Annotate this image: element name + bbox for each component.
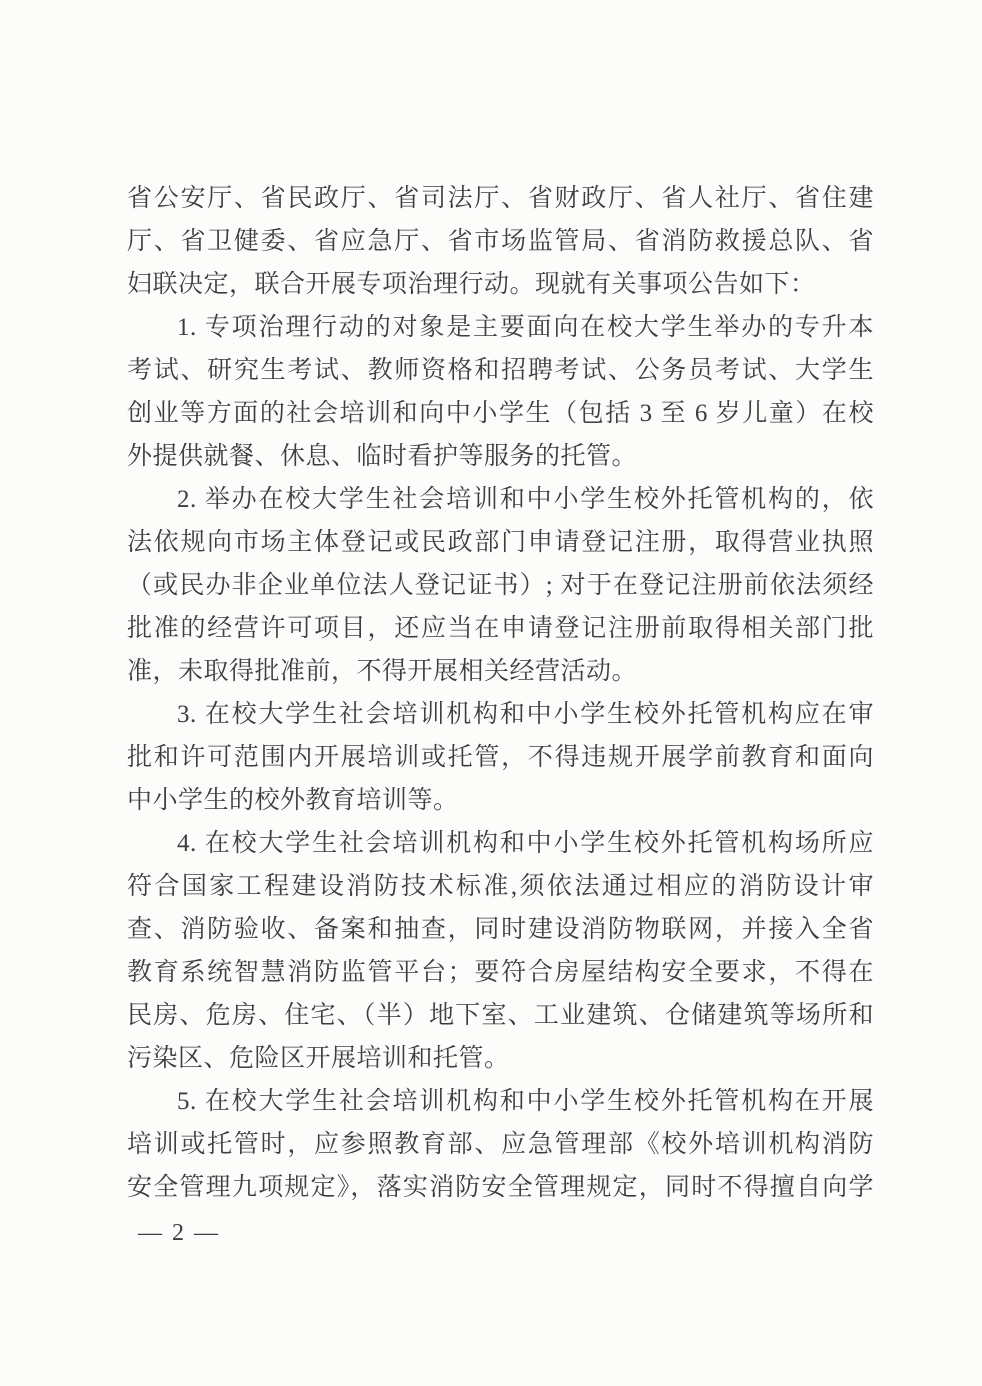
text-line: 民房、危房、住宅、（半）地下室、工业建筑、仓储建筑等场所和 [127,994,874,1037]
text-line: 1. 专项治理行动的对象是主要面向在校大学生举办的专升本 [127,306,874,349]
text-line: 安全管理九项规定》，落实消防安全管理规定，同时不得擅自向学 [127,1166,874,1209]
scanned-document-page: 省公安厅、省民政厅、省司法厅、省财政厅、省人社厅、省住建厅、省卫健委、省应急厅、… [0,0,982,1386]
document-body-text: 省公安厅、省民政厅、省司法厅、省财政厅、省人社厅、省住建厅、省卫健委、省应急厅、… [127,177,874,1209]
text-line: 5. 在校大学生社会培训机构和中小学生校外托管机构在开展 [127,1080,874,1123]
text-line: 污染区、危险区开展培训和托管。 [127,1037,874,1080]
text-line: 创业等方面的社会培训和向中小学生（包括 3 至 6 岁儿童）在校 [127,392,874,435]
text-line: 批准的经营许可项目，还应当在申请登记注册前取得相关部门批 [127,607,874,650]
text-line: 2. 举办在校大学生社会培训和中小学生校外托管机构的，依 [127,478,874,521]
text-line: 中小学生的校外教育培训等。 [127,779,874,822]
text-line: 4. 在校大学生社会培训机构和中小学生校外托管机构场所应 [127,822,874,865]
text-line: 查、消防验收、备案和抽查，同时建设消防物联网，并接入全省 [127,908,874,951]
text-line: 省公安厅、省民政厅、省司法厅、省财政厅、省人社厅、省住建 [127,177,874,220]
text-line: 妇联决定，联合开展专项治理行动。现就有关事项公告如下： [127,263,874,306]
text-line: 考试、研究生考试、教师资格和招聘考试、公务员考试、大学生 [127,349,874,392]
text-line: 3. 在校大学生社会培训机构和中小学生校外托管机构应在审 [127,693,874,736]
text-line: 法依规向市场主体登记或民政部门申请登记注册，取得营业执照 [127,521,874,564]
text-line: 外提供就餐、休息、临时看护等服务的托管。 [127,435,874,478]
text-line: 教育系统智慧消防监管平台；要符合房屋结构安全要求，不得在 [127,951,874,994]
page-number: — 2 — [138,1219,220,1247]
text-line: （或民办非企业单位法人登记证书）; 对于在登记注册前依法须经 [127,564,874,607]
text-line: 培训或托管时，应参照教育部、应急管理部《校外培训机构消防 [127,1123,874,1166]
text-line: 批和许可范围内开展培训或托管，不得违规开展学前教育和面向 [127,736,874,779]
text-line: 准，未取得批准前，不得开展相关经营活动。 [127,650,874,693]
text-line: 厅、省卫健委、省应急厅、省市场监管局、省消防救援总队、省 [127,220,874,263]
text-line: 符合国家工程建设消防技术标准,须依法通过相应的消防设计审 [127,865,874,908]
